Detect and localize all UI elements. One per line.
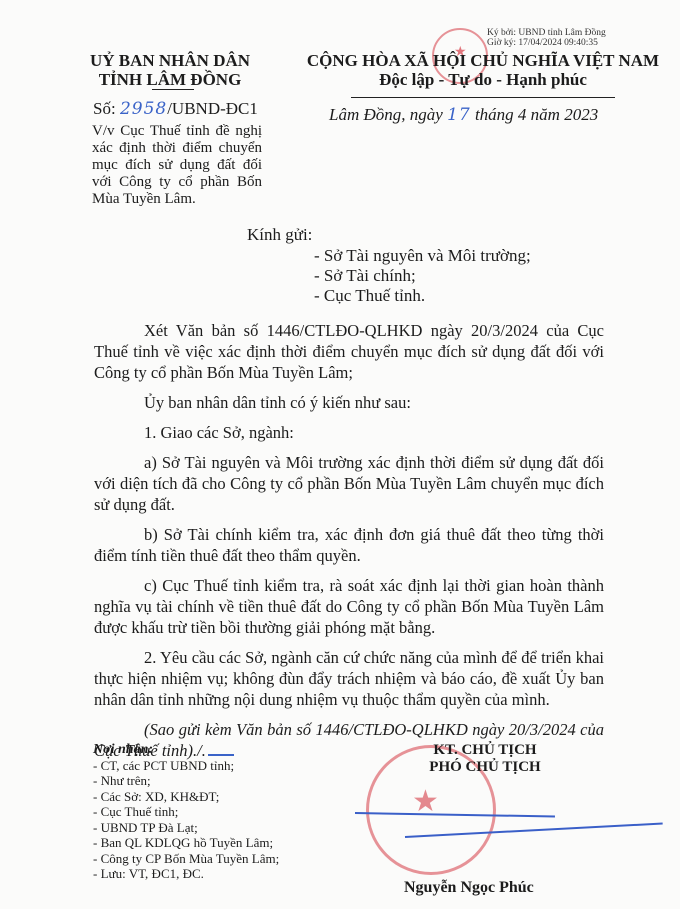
day-handwritten: 17 (447, 105, 471, 125)
recipient-item: - Cục Thuế tỉnh. (314, 286, 531, 306)
digital-signature-info: Ký bởi: UBND tỉnh Lâm Đồng Giờ ký: 17/04… (487, 28, 606, 48)
distribution-item: - Ban QL KDLQG hồ Tuyền Lâm; (93, 835, 279, 851)
signer-name: Nguyễn Ngọc Phúc (404, 878, 534, 898)
recipients-label: Kính gửi: (247, 225, 312, 245)
place-and-date: Lâm Đồng, ngày 17 tháng 4 năm 2023 (329, 104, 598, 126)
distribution-item: - Lưu: VT, ĐC1, ĐC. (93, 866, 279, 882)
paragraph-reference: Xét Văn bản số 1446/CTLĐO-QLHKD ngày 20/… (94, 320, 604, 383)
org-line-1: UỶ BAN NHÂN DÂN (70, 51, 270, 70)
paragraph-opinion: Ủy ban nhân dân tỉnh có ý kiến như sau: (94, 392, 604, 413)
distribution-item: - Công ty CP Bốn Mùa Tuyền Lâm; (93, 851, 279, 867)
distribution-item: - Như trên; (93, 773, 279, 789)
issuing-organization: UỶ BAN NHÂN DÂN TỈNH LÂM ĐỒNG (70, 51, 270, 89)
signed-at: Giờ ký: 17/04/2024 09:40:35 (487, 38, 606, 48)
distribution-item: - Các Sở: XD, KH&ĐT; (93, 789, 279, 805)
recipient-item: - Sở Tài chính; (314, 266, 531, 286)
document-subject: V/v Cục Thuế tỉnh đề nghị xác định thời … (92, 123, 262, 208)
motto-divider (351, 97, 615, 98)
recipients-list: - Sở Tài nguyên và Môi trường; - Sở Tài … (314, 246, 531, 306)
document-number: Số: 2958/UBND-ĐC1 (93, 99, 258, 119)
national-motto: Độc lập - Tự do - Hạnh phúc (293, 70, 673, 89)
doc-no-handwritten: 2958 (120, 99, 167, 119)
doc-no-prefix: Số: (93, 99, 120, 118)
nation-name: CỘNG HÒA XÃ HỘI CHỦ NGHĨA VIỆT NAM (293, 51, 673, 70)
org-line-2: TỈNH LÂM ĐỒNG (70, 70, 270, 89)
distribution-list: Nơi nhận: - CT, các PCT UBND tỉnh; - Như… (93, 742, 279, 882)
distribution-item: - UBND TP Đà Lạt; (93, 820, 279, 836)
signer-title: KT. CHỦ TỊCH PHÓ CHỦ TỊCH (400, 742, 570, 776)
recipient-item: - Sở Tài nguyên và Môi trường; (314, 246, 531, 266)
place-prefix: Lâm Đồng, ngày (329, 105, 447, 124)
org-divider (152, 89, 194, 90)
signer-line-1: KT. CHỦ TỊCH (400, 742, 570, 759)
document-body: Xét Văn bản số 1446/CTLĐO-QLHKD ngày 20/… (94, 320, 604, 770)
distribution-title: Nơi nhận: (93, 742, 279, 758)
distribution-item: - Cục Thuế tỉnh; (93, 804, 279, 820)
paragraph-item-c: c) Cục Thuế tỉnh kiểm tra, rà soát xác đ… (94, 575, 604, 638)
signed-by: Ký bởi: UBND tỉnh Lâm Đồng (487, 28, 606, 38)
paragraph-item-a: a) Sở Tài nguyên và Môi trường xác định … (94, 452, 604, 515)
paragraph-item-b: b) Sở Tài chính kiểm tra, xác định đơn g… (94, 524, 604, 566)
place-suffix: tháng 4 năm 2023 (471, 105, 599, 124)
distribution-item: - CT, các PCT UBND tỉnh; (93, 758, 279, 774)
doc-no-suffix: /UBND-ĐC1 (167, 99, 258, 118)
paragraph-assign: 1. Giao các Sở, ngành: (94, 422, 604, 443)
paragraph-request: 2. Yêu cầu các Sở, ngành căn cứ chức năn… (94, 647, 604, 710)
national-title: CỘNG HÒA XÃ HỘI CHỦ NGHĨA VIỆT NAM Độc l… (293, 51, 673, 89)
signer-line-2: PHÓ CHỦ TỊCH (400, 759, 570, 776)
